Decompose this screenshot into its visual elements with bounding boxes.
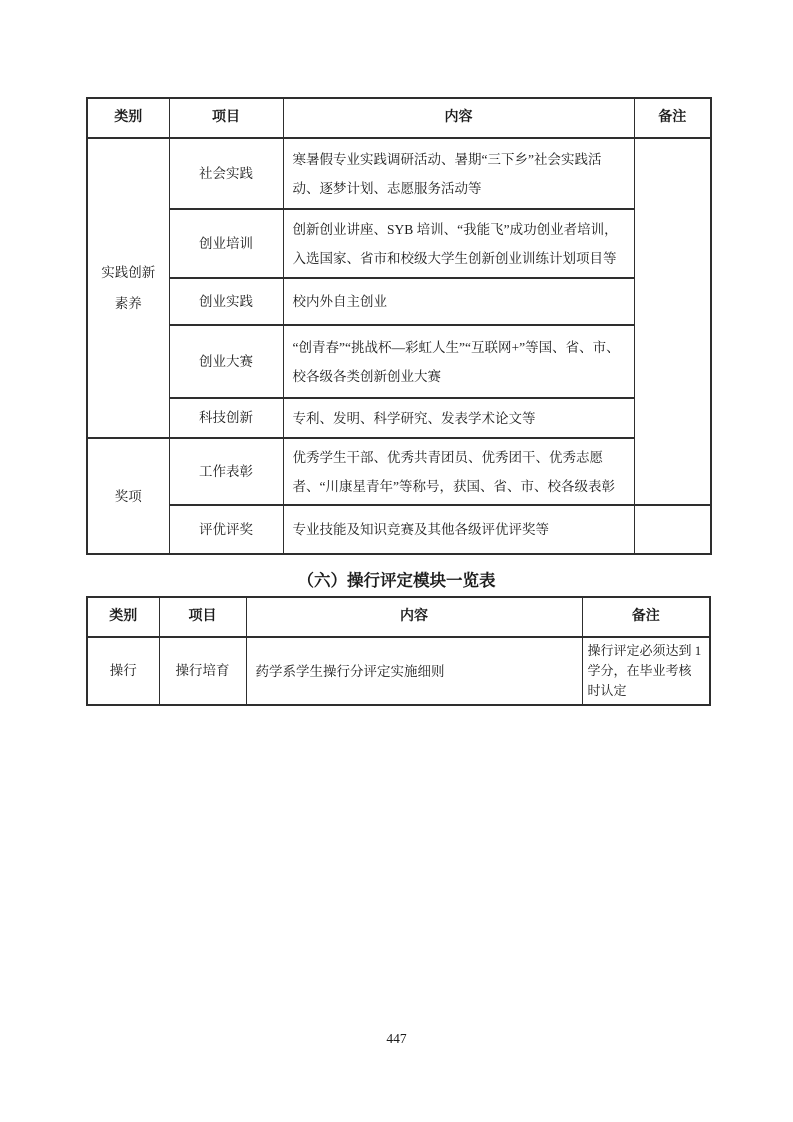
document-page: 类别 项目 内容 备注 实践创新素养 社会实践 寒暑假专业实践调研活动、暑期“三…: [0, 0, 793, 1122]
remark-cell-last: [634, 505, 711, 554]
content-cell: 药学系学生操行分评定实施细则: [246, 637, 582, 705]
section-heading: （六）操行评定模块一览表: [0, 567, 793, 591]
remark-cell: 操行评定必须达到 1 学分，在毕业考核时认定: [582, 637, 710, 705]
item-cell: 创业实践: [169, 278, 283, 325]
module-table-header-row: 类别 项目 内容 备注: [87, 98, 711, 138]
header-remark: 备注: [634, 98, 711, 138]
item-cell: 科技创新: [169, 398, 283, 438]
header-item: 项目: [159, 597, 246, 637]
conduct-table: 类别 项目 内容 备注 操行 操行培育 药学系学生操行分评定实施细则 操行评定必…: [86, 596, 711, 706]
content-cell: 优秀学生干部、优秀共青团员、优秀团干、优秀志愿者、“川康星青年”等称号，获国、省…: [283, 438, 634, 505]
category-practice-innovation: 实践创新素养: [87, 138, 169, 438]
category-awards: 奖项: [87, 438, 169, 554]
category-conduct: 操行: [87, 637, 159, 705]
table-row: 创业实践 校内外自主创业: [87, 278, 711, 325]
content-cell: 寒暑假专业实践调研活动、暑期“三下乡”社会实践活动、逐梦计划、志愿服务活动等: [283, 138, 634, 209]
header-remark: 备注: [582, 597, 710, 637]
item-cell: 创业大赛: [169, 325, 283, 398]
item-cell: 操行培育: [159, 637, 246, 705]
content-cell: 校内外自主创业: [283, 278, 634, 325]
item-cell: 工作表彰: [169, 438, 283, 505]
module-table: 类别 项目 内容 备注 实践创新素养 社会实践 寒暑假专业实践调研活动、暑期“三…: [86, 97, 712, 555]
item-cell: 创业培训: [169, 209, 283, 278]
content-cell: “创青春”“挑战杯—彩虹人生”“互联网+”等国、省、市、校各级各类创新创业大赛: [283, 325, 634, 398]
conduct-table-header-row: 类别 项目 内容 备注: [87, 597, 710, 637]
content-cell: 专业技能及知识竞赛及其他各级评优评奖等: [283, 505, 634, 554]
table-row: 科技创新 专利、发明、科学研究、发表学术论文等: [87, 398, 711, 438]
table-row: 实践创新素养 社会实践 寒暑假专业实践调研活动、暑期“三下乡”社会实践活动、逐梦…: [87, 138, 711, 209]
table-row: 奖项 工作表彰 优秀学生干部、优秀共青团员、优秀团干、优秀志愿者、“川康星青年”…: [87, 438, 711, 505]
table-row: 评优评奖 专业技能及知识竞赛及其他各级评优评奖等: [87, 505, 711, 554]
content-cell: 创新创业讲座、SYB 培训、“我能飞”成功创业者培训，入选国家、省市和校级大学生…: [283, 209, 634, 278]
header-content: 内容: [283, 98, 634, 138]
content-cell: 专利、发明、科学研究、发表学术论文等: [283, 398, 634, 438]
header-category: 类别: [87, 98, 169, 138]
remark-cell-merged: [634, 138, 711, 505]
item-cell: 社会实践: [169, 138, 283, 209]
item-cell: 评优评奖: [169, 505, 283, 554]
page-number: 447: [0, 1031, 793, 1047]
table-row: 创业大赛 “创青春”“挑战杯—彩虹人生”“互联网+”等国、省、市、校各级各类创新…: [87, 325, 711, 398]
header-item: 项目: [169, 98, 283, 138]
table-row: 操行 操行培育 药学系学生操行分评定实施细则 操行评定必须达到 1 学分，在毕业…: [87, 637, 710, 705]
header-category: 类别: [87, 597, 159, 637]
header-content: 内容: [246, 597, 582, 637]
table-row: 创业培训 创新创业讲座、SYB 培训、“我能飞”成功创业者培训，入选国家、省市和…: [87, 209, 711, 278]
